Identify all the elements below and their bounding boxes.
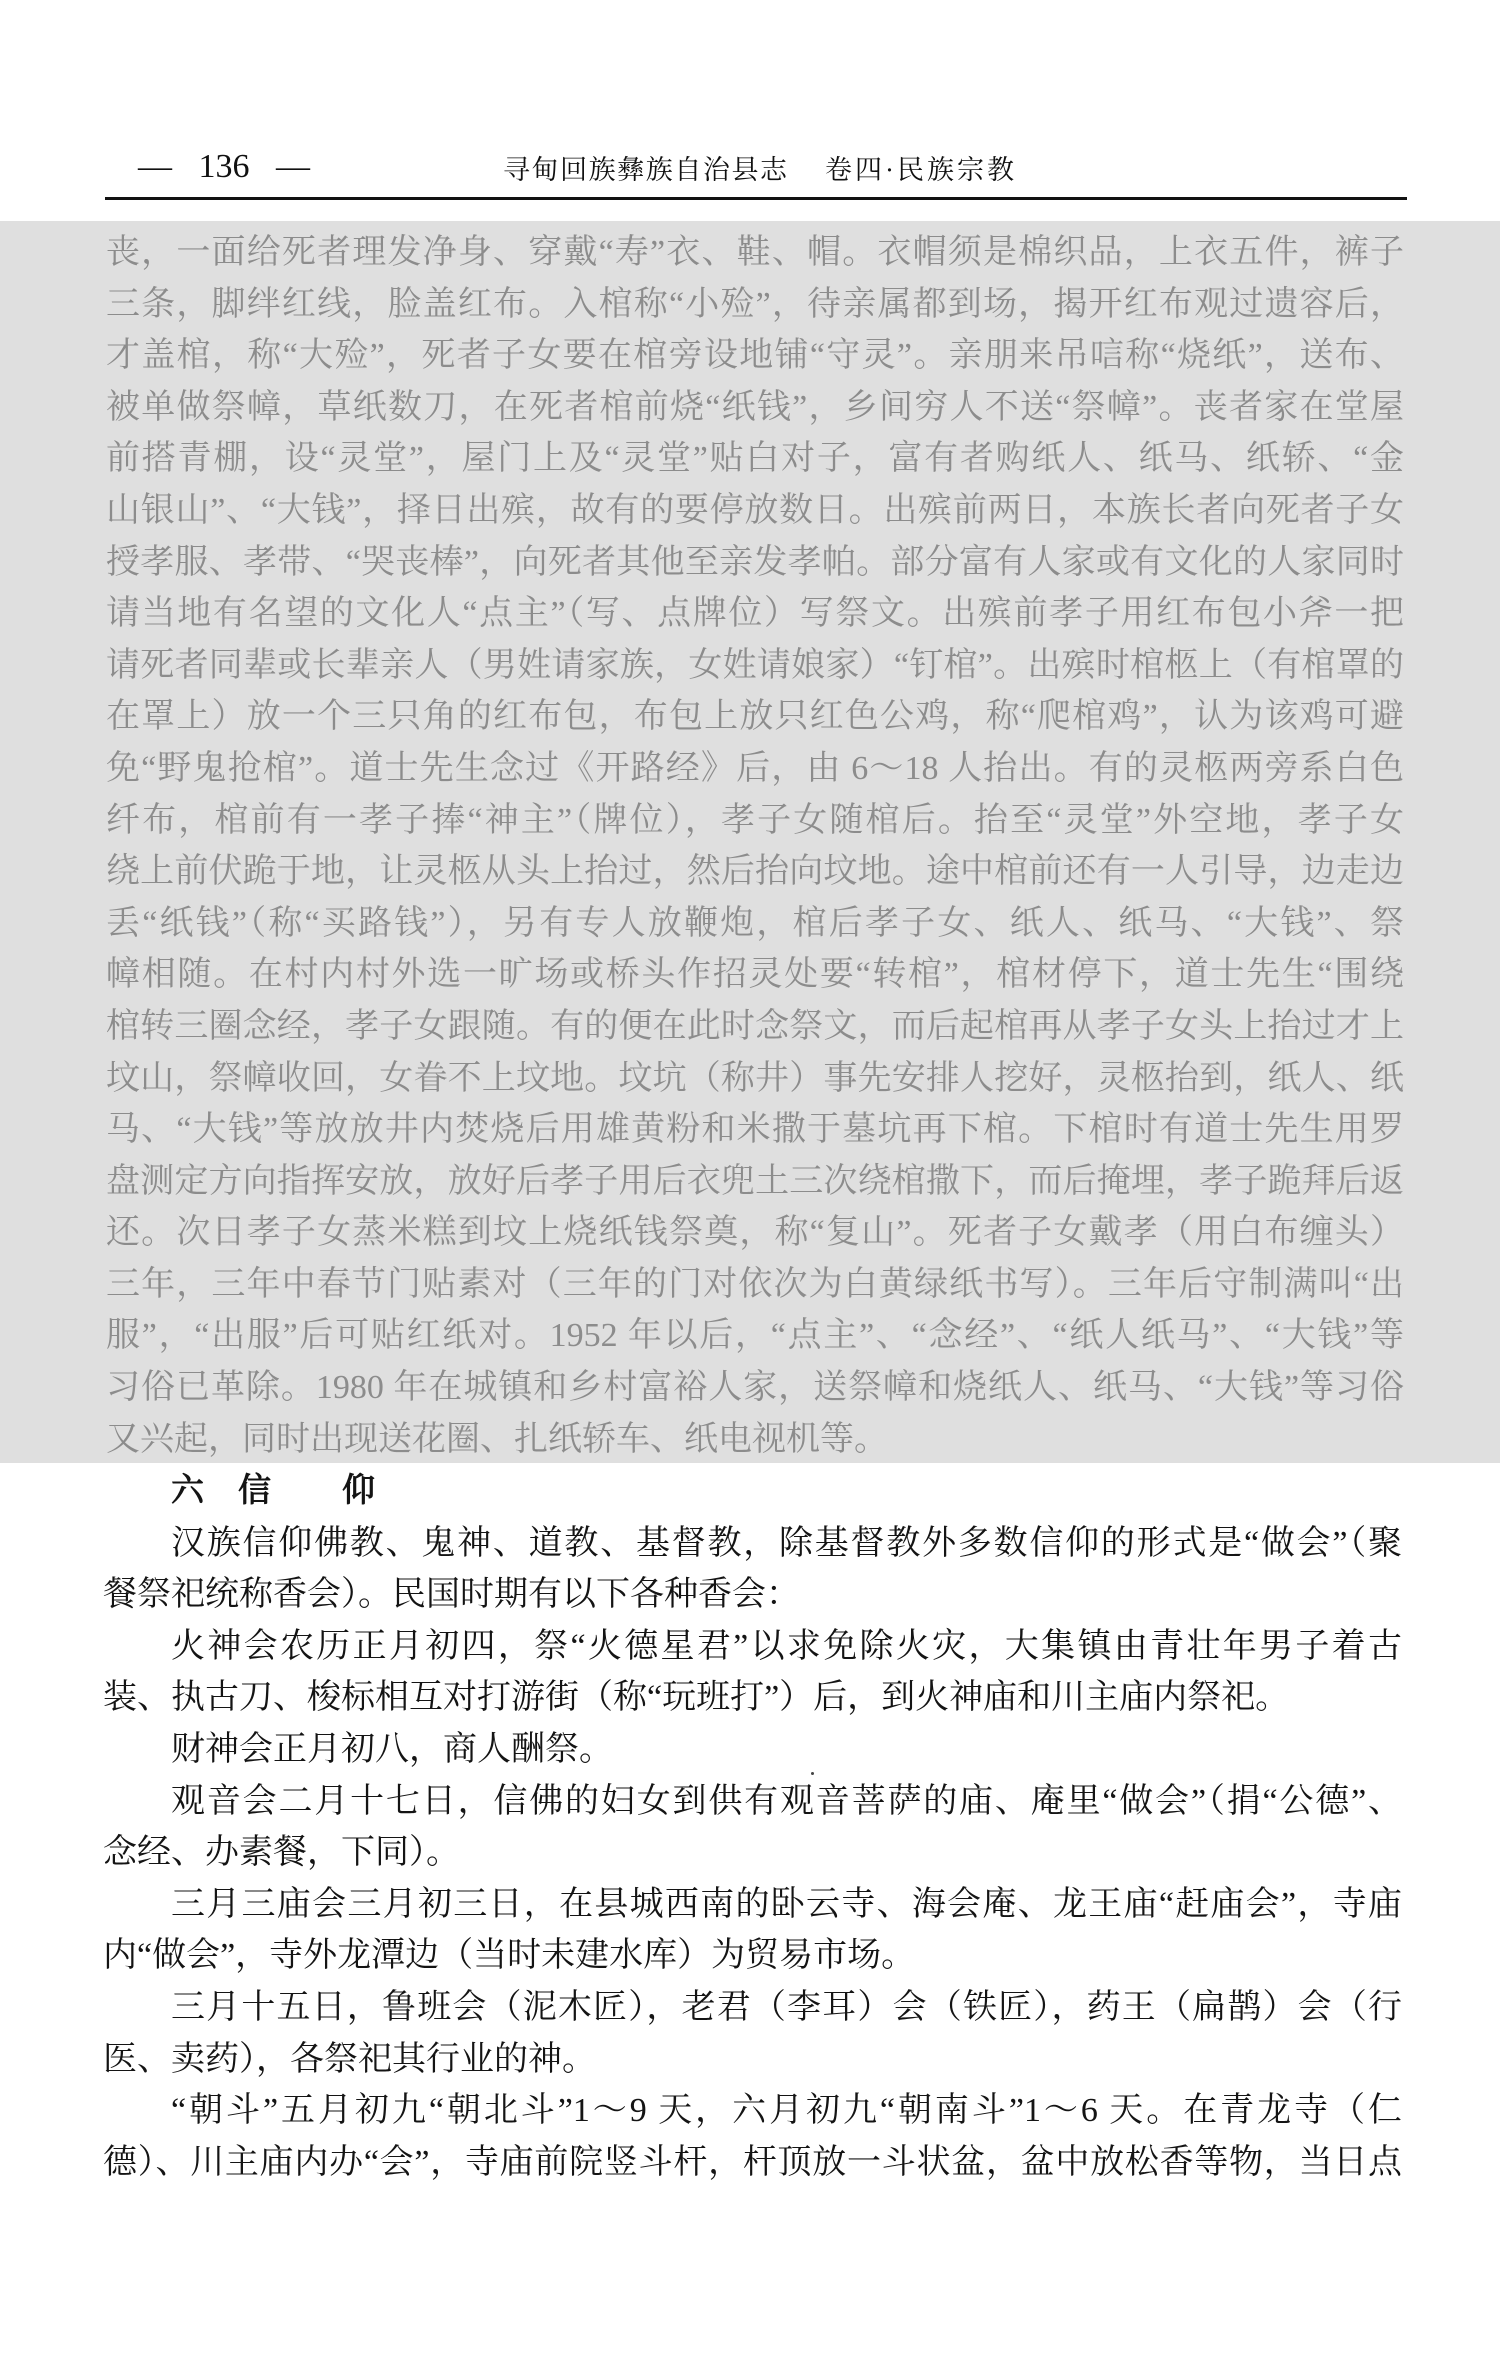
paragraph: 汉族信仰佛教、鬼神、道教、基督教，除基督教外多数信仰的形式是“做会”（聚 餐祭祀… [103,1518,1402,1621]
passage-line: 山银山”、“大钱”，择日出殡，故有的要停放数日。出殡前两日，本族长者向死者子女 [106,485,1404,537]
paragraph-line: 火神会农历正月初四，祭“火德星君”以求免除火灾，大集镇由青壮年男子着古 [103,1621,1402,1673]
paragraph-line: 装、执古刀、梭标相互对打游街（称“玩班打”）后，到火神庙和川主庙内祭祀。 [103,1672,1402,1724]
passage-line: 还。次日孝子女蒸米糕到坟上烧纸钱祭奠，称“复山”。死者子女戴孝（用白布缠头） [106,1207,1404,1259]
paragraph: 观音会二月十七日，信佛的妇女到供有观音菩萨的庙、庵里“做会”（捐“公德”、 念经… [103,1776,1402,1879]
passage-line: 前搭青棚，设“灵堂”，屋门上及“灵堂”贴白对子，富有者购纸人、纸马、纸轿、“金 [106,433,1404,485]
paragraph-line: 观音会二月十七日，信佛的妇女到供有观音菩萨的庙、庵里“做会”（捐“公德”、 [103,1776,1402,1828]
passage-line: 习俗已革除。1980 年在城镇和乡村富裕人家，送祭幛和烧纸人、纸马、“大钱”等习… [106,1362,1404,1414]
passage-line: 免“野鬼抢棺”。道士先生念过《开路经》后，由 6～18 人抬出。有的灵柩两旁系白… [106,743,1404,795]
passage-line: 请死者同辈或长辈亲人（男姓请家族，女姓请娘家）“钉棺”。出殡时棺柩上（有棺罩的 [106,640,1404,692]
section-body: 六信仰 汉族信仰佛教、鬼神、道教、基督教，除基督教外多数信仰的形式是“做会”（聚… [103,1466,1402,2188]
passage-line: 在罩上）放一个三只角的红布包，布包上放只红色公鸡，称“爬棺鸡”，认为该鸡可避 [106,691,1404,743]
paragraph-line: 德）、川主庙内办“会”，寺庙前院竖斗杆，杆顶放一斗状盆，盆中放松香等物，当日点 [103,2137,1402,2189]
paragraph: 火神会农历正月初四，祭“火德星君”以求免除火灾，大集镇由青壮年男子着古 装、执古… [103,1621,1402,1724]
passage-line: 丢“纸钱”（称“买路钱”），另有专人放鞭炮，棺后孝子女、纸人、纸马、“大钱”、祭 [106,898,1404,950]
highlighted-passage: 丧，一面给死者理发净身、穿戴“寿”衣、鞋、帽。衣帽须是棉织品，上衣五件，裤子 三… [106,227,1404,1465]
paragraph-line: 餐祭祀统称香会）。民国时期有以下各种香会： [103,1569,1402,1621]
paragraph-line: 内“做会”，寺外龙潭边（当时未建水库）为贸易市场。 [103,1930,1402,1982]
paragraph-line: 三月三庙会三月初三日，在县城西南的卧云寺、海会庵、龙王庙“赶庙会”，寺庙 [103,1879,1402,1931]
passage-line: 绕上前伏跪于地，让灵柩从头上抬过，然后抬向坟地。途中棺前还有一人引导，边走边 [106,846,1404,898]
paragraph-line: 念经、办素餐，下同）。 [103,1827,1402,1879]
section-title: 信仰 [238,1473,446,1509]
paragraph-line: 三月十五日，鲁班会（泥木匠），老君（李耳）会（铁匠），药王（扁鹊）会（行 [103,1982,1402,2034]
passage-line: 三年，三年中春节门贴素对（三年的门对依次为白黄绿纸书写）。三年后守制满叫“出 [106,1259,1404,1311]
passage-line: 被单做祭幛，草纸数刀，在死者棺前烧“纸钱”，乡间穷人不送“祭幛”。丧者家在堂屋 [106,382,1404,434]
page-number: — 136 — [138,147,310,187]
volume-title: 卷四·民族宗教 [825,150,1014,190]
paragraph-line: 汉族信仰佛教、鬼神、道教、基督教，除基督教外多数信仰的形式是“做会”（聚 [103,1518,1402,1570]
paragraph-line: 医、卖药），各祭祀其行业的神。 [103,2034,1402,2086]
paragraph: 财神会正月初八，商人酬祭。 [103,1724,1402,1776]
section-number: 六 [171,1466,238,1518]
passage-line: 马、“大钱”等放放井内焚烧后用雄黄粉和米撒于墓坑再下棺。下棺时有道士先生用罗 [106,1104,1404,1156]
passage-line: 请当地有名望的文化人“点主”（写、点牌位）写祭文。出殡前孝子用红布包小斧一把 [106,588,1404,640]
paragraph: “朝斗”五月初九“朝北斗”1～9 天，六月初九“朝南斗”1～6 天。在青龙寺（仁… [103,2085,1402,2188]
passage-line: 幛相随。在村内村外选一旷场或桥头作招灵处要“转棺”，棺材停下，道士先生“围绕 [106,949,1404,1001]
paragraph-line: 财神会正月初八，商人酬祭。 [103,1724,1402,1776]
passage-line: 才盖棺，称“大殓”，死者子女要在棺旁设地铺“守灵”。亲朋来吊唁称“烧纸”，送布、 [106,330,1404,382]
paragraph: 三月三庙会三月初三日，在县城西南的卧云寺、海会庵、龙王庙“赶庙会”，寺庙 内“做… [103,1879,1402,1982]
passage-line: 坟山，祭幛收回，女眷不上坟地。坟坑（称井）事先安排人挖好，灵柩抬到，纸人、纸 [106,1053,1404,1105]
passage-line: 三条，脚绊红线，脸盖红布。入棺称“小殓”，待亲属都到场，揭开红布观过遗容后， [106,279,1404,331]
passage-line: 授孝服、孝带、“哭丧棒”，向死者其他至亲发孝帕。部分富有人家或有文化的人家同时 [106,537,1404,589]
passage-line: 盘测定方向指挥安放，放好后孝子用后衣兜土三次绕棺撒下，而后掩埋，孝子跪拜后返 [106,1156,1404,1208]
paragraph: 三月十五日，鲁班会（泥木匠），老君（李耳）会（铁匠），药王（扁鹊）会（行 医、卖… [103,1982,1402,2085]
scan-speck [811,1772,814,1775]
passage-line: 纤布，棺前有一孝子捧“神主”（牌位），孝子女随棺后。抬至“灵堂”外空地，孝子女 [106,795,1404,847]
passage-line: 棺转三圈念经，孝子女跟随。有的便在此时念祭文，而后起棺再从孝子女头上抬过才上 [106,1001,1404,1053]
passage-line: 丧，一面给死者理发净身、穿戴“寿”衣、鞋、帽。衣帽须是棉织品，上衣五件，裤子 [106,227,1404,279]
section-heading: 六信仰 [103,1466,1402,1518]
book-title: 寻甸回族彝族自治县志 [503,150,787,190]
header-rule [105,197,1407,200]
passage-line: 又兴起，同时出现送花圈、扎纸轿车、纸电视机等。 [106,1414,1404,1466]
paragraph-line: “朝斗”五月初九“朝北斗”1～9 天，六月初九“朝南斗”1～6 天。在青龙寺（仁 [103,2085,1402,2137]
passage-line: 服”，“出服”后可贴红纸对。1952 年以后，“点主”、“念经”、“纸人纸马”、… [106,1310,1404,1362]
